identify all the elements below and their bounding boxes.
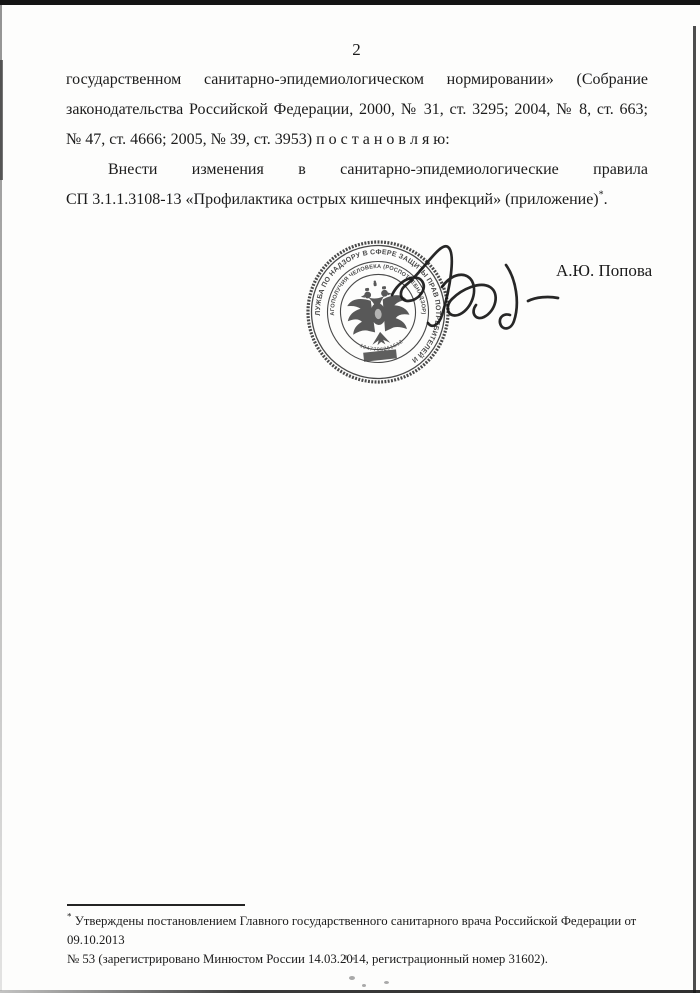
- scan-speckle: [384, 981, 389, 984]
- scanned-document: { "page_number": "2", "body": { "para1":…: [0, 0, 700, 993]
- signatory-name: А.Ю. Попова: [556, 261, 652, 281]
- text-line: Внести изменения в санитарно-эпидемиолог…: [66, 155, 648, 185]
- scan-edge-top: [0, 0, 700, 5]
- text-line: законодательства Российской Федерации, 2…: [66, 95, 648, 125]
- footnote-divider: [67, 904, 245, 906]
- footnote-line: * Утверждены постановлением Главного гос…: [67, 912, 659, 950]
- text-line: государственном санитарно-эпидемиологиче…: [66, 65, 648, 95]
- scan-edge-right: [693, 26, 696, 993]
- paragraph-continued: государственном санитарно-эпидемиологиче…: [66, 65, 648, 155]
- signature-graphic: [378, 233, 568, 345]
- footnote-marker-asterisk: *: [67, 912, 72, 922]
- paragraph-resolution: Внести изменения в санитарно-эпидемиолог…: [66, 155, 648, 215]
- text-segment: .: [604, 191, 608, 208]
- footnote-line: № 53 (зарегистрировано Минюстом России 1…: [67, 950, 659, 969]
- text-segment: СП 3.1.1.3108-13 «Профилактика острых ки…: [66, 191, 599, 208]
- scan-edge-left-dark-segment: [0, 60, 3, 180]
- scan-speckle: [362, 984, 366, 987]
- document-body: государственном санитарно-эпидемиологиче…: [66, 65, 648, 215]
- footnote: * Утверждены постановлением Главного гос…: [67, 912, 659, 969]
- signature: [378, 233, 568, 345]
- text-line: № 47, ст. 4666; 2005, № 39, ст. 3953) п …: [66, 125, 648, 155]
- text-line: СП 3.1.1.3108-13 «Профилактика острых ки…: [66, 185, 648, 215]
- page-number: 2: [66, 40, 648, 60]
- scan-speckle: [349, 976, 355, 980]
- footnote-text: Утверждены постановлением Главного госуд…: [67, 914, 636, 947]
